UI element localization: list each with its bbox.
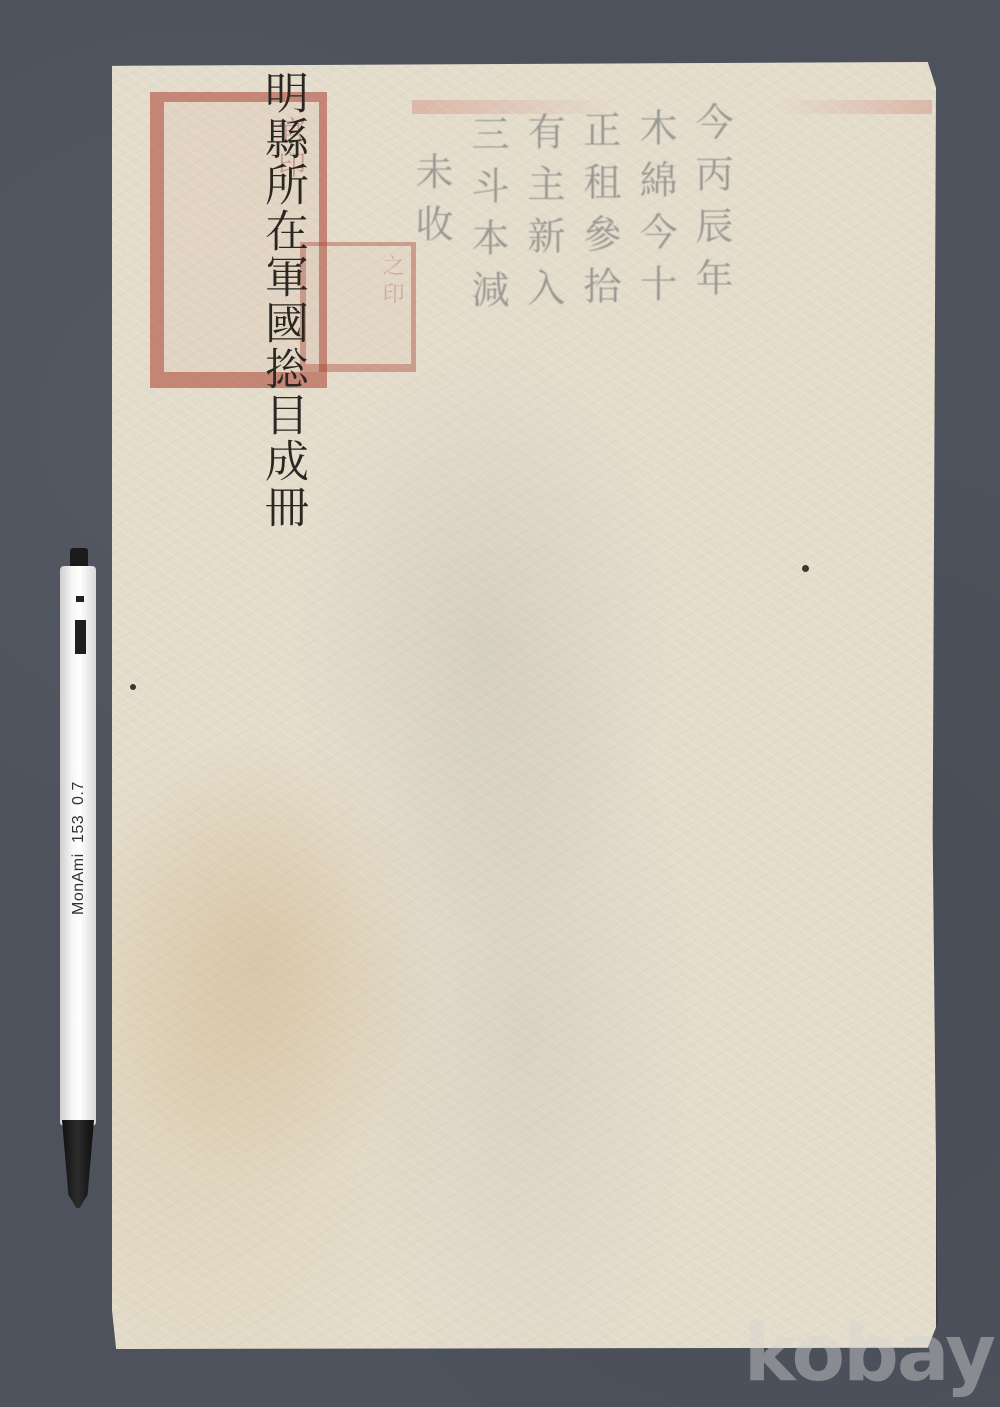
- pen-button: [70, 548, 88, 568]
- faint-column: 正租參拾: [580, 110, 618, 322]
- pen-model: 153: [70, 815, 88, 843]
- kobay-watermark: kobay: [744, 1309, 994, 1399]
- faint-column: 有主新入: [524, 112, 562, 322]
- pen-label: MonAmi 153 0.7: [64, 748, 94, 948]
- faint-column: 木綿今十: [636, 108, 674, 322]
- document-heading: 明縣所在軍國捴目成冊: [260, 70, 304, 530]
- monami-pen: MonAmi 153 0.7: [60, 548, 98, 1208]
- faint-text-columns: 今丙辰年 木綿今十 正租參拾 有主新入 三斗本減 未收: [412, 102, 730, 322]
- pen-tip-size: 0.7: [70, 781, 88, 805]
- document-paper: 官印 之印 明縣所在軍國捴目成冊 今丙辰年 木綿今十 正租參拾 有主新入 三斗本…: [112, 62, 936, 1349]
- pen-tip: [62, 1120, 94, 1208]
- pen-clip: [75, 620, 86, 654]
- ink-spot: [130, 684, 136, 690]
- ink-spot: [802, 565, 809, 572]
- faint-column: 今丙辰年: [692, 102, 730, 322]
- seal-small: 之印: [300, 242, 416, 372]
- seal-small-text: 之印: [314, 254, 403, 356]
- faint-column: 未收: [412, 152, 450, 322]
- pen-clip-hole: [76, 596, 84, 602]
- pen-brand: MonAmi: [70, 853, 88, 915]
- faint-column: 三斗本減: [468, 114, 506, 322]
